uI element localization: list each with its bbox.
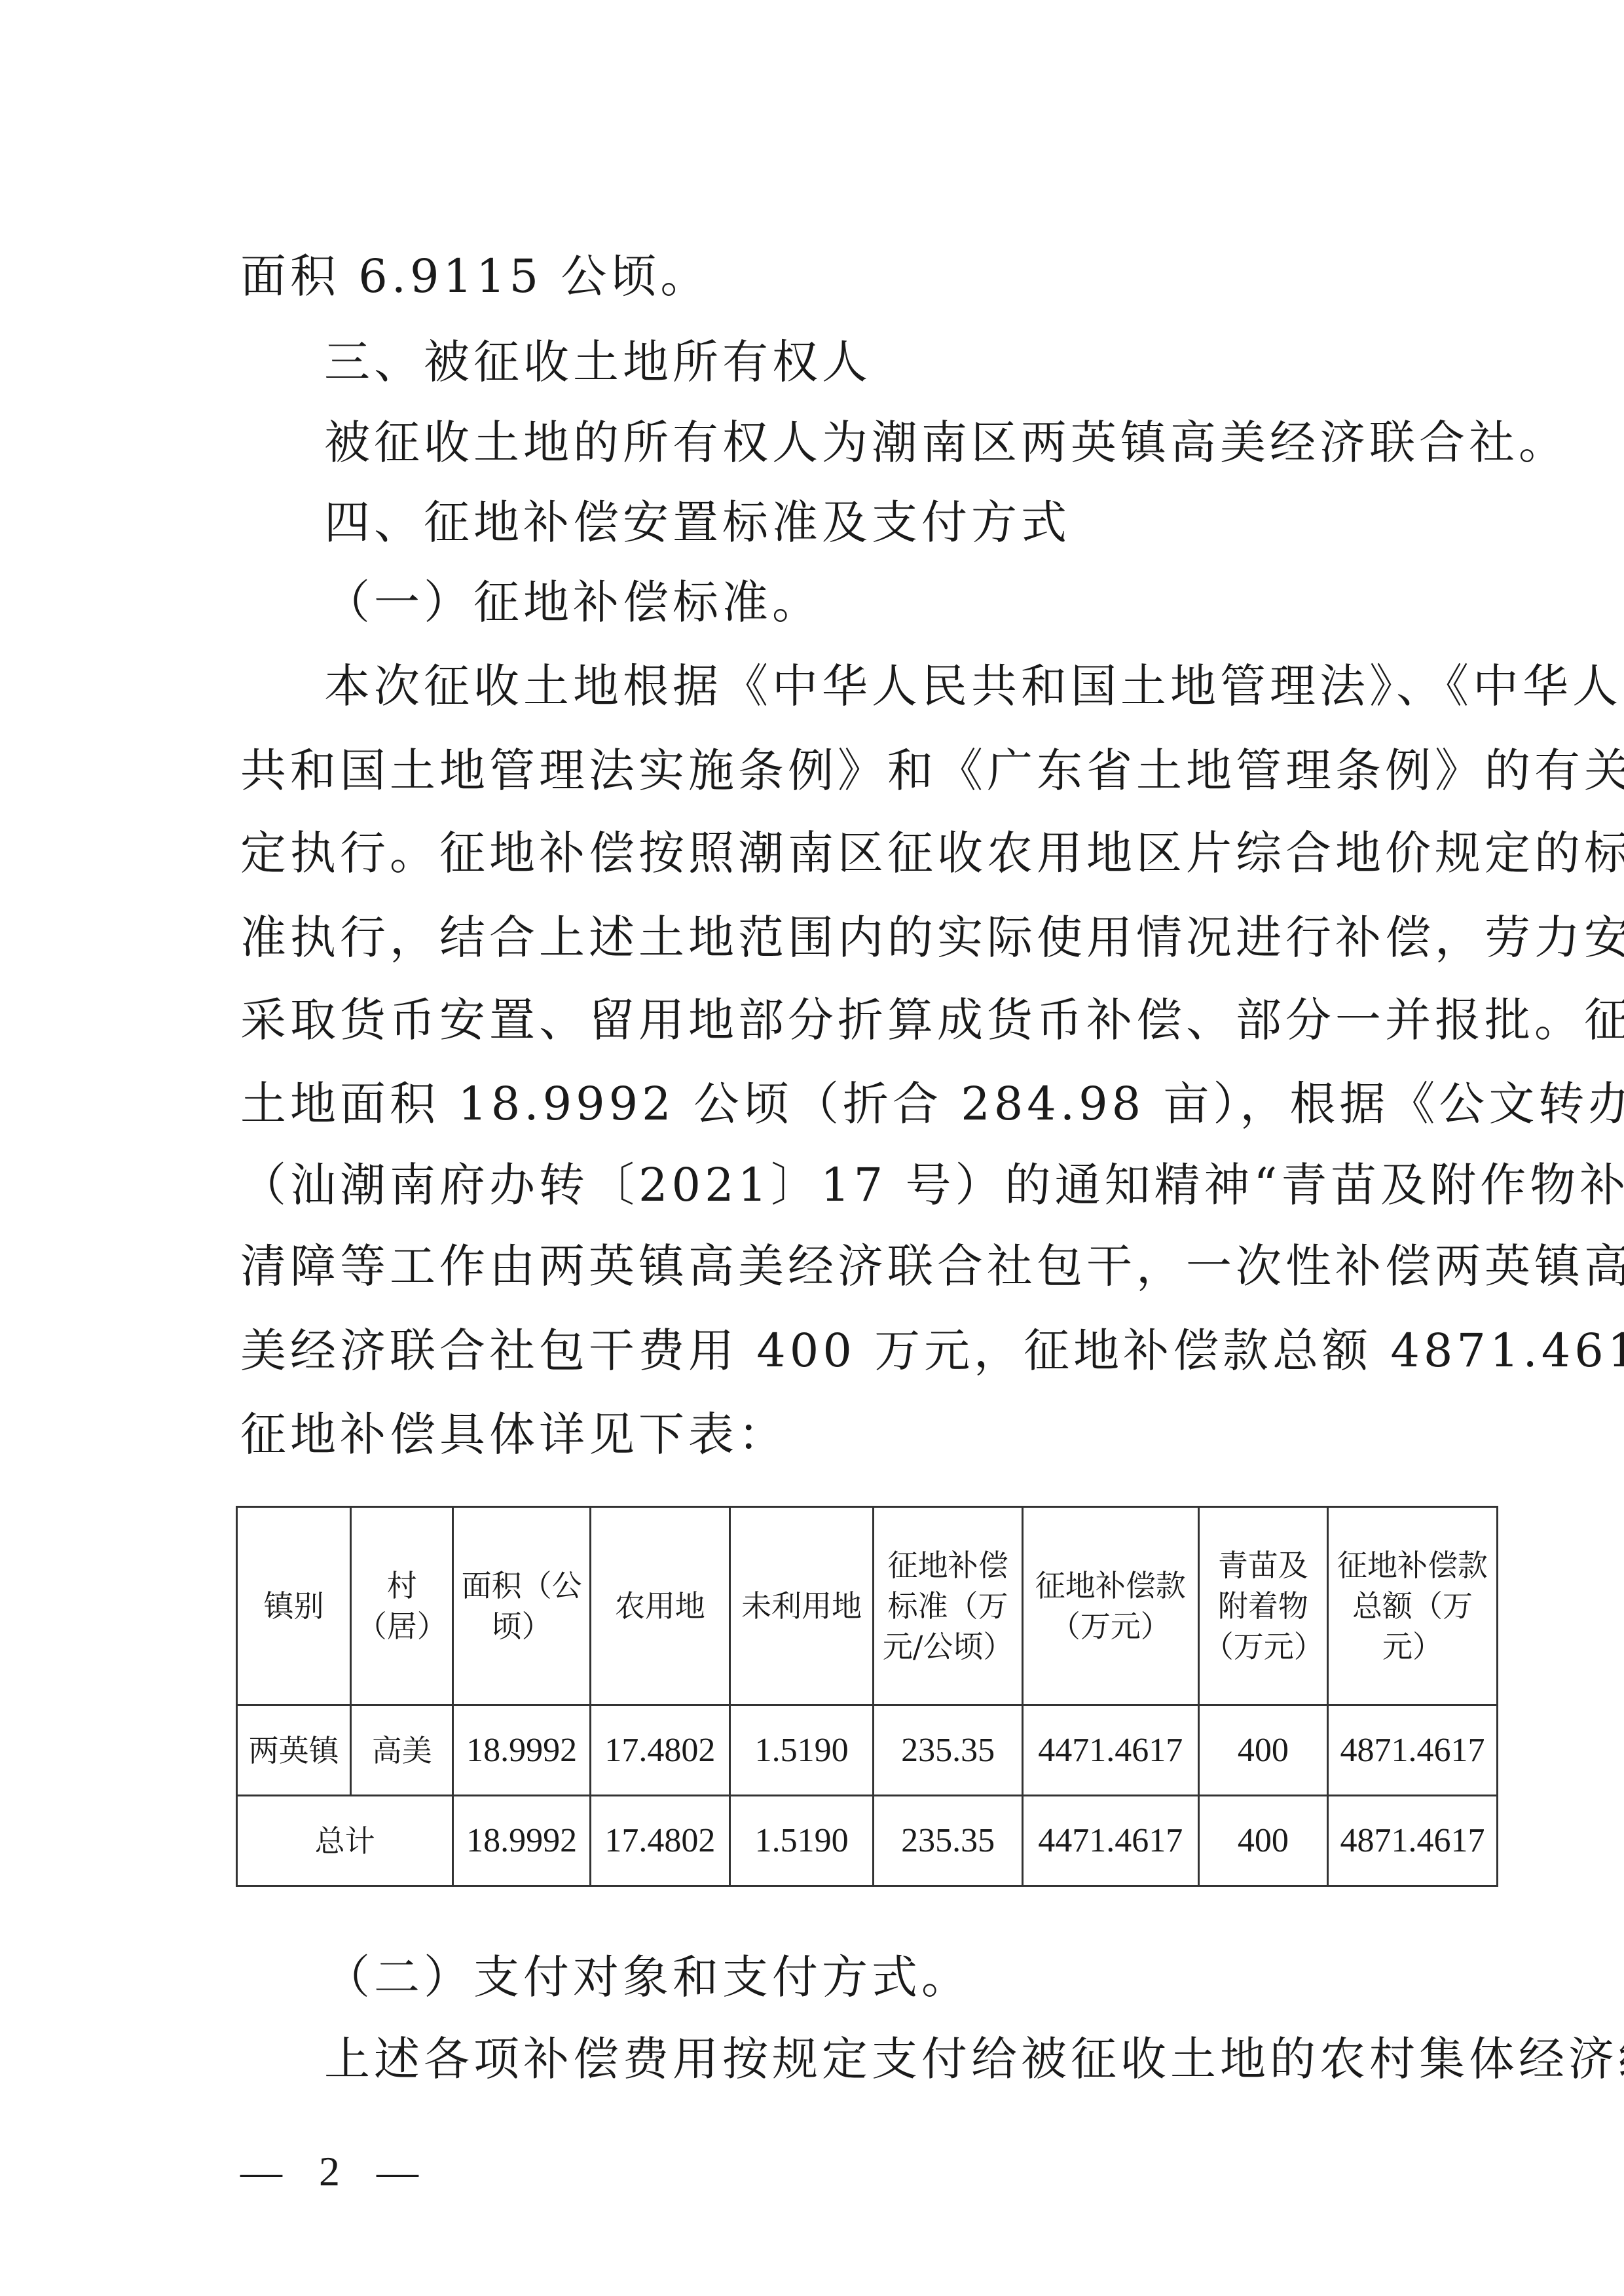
cell-compensation: 4471.4617 <box>1022 1796 1198 1886</box>
cell-village: 高美 <box>351 1705 453 1796</box>
header-compensation: 征地补偿款（万元） <box>1022 1507 1198 1705</box>
cell-unused: 1.5190 <box>729 1705 874 1796</box>
paragraph-line: 定执行。征地补偿按照潮南区征收农用地区片综合地价规定的标 <box>240 824 1471 883</box>
cell-unused: 1.5190 <box>729 1796 874 1886</box>
paragraph-line: 准执行，结合上述土地范围内的实际使用情况进行补偿，劳力安置 <box>240 908 1471 967</box>
header-farmland: 农用地 <box>591 1507 730 1705</box>
cell-town: 两英镇 <box>237 1705 351 1796</box>
cell-compensation: 4471.4617 <box>1022 1705 1198 1796</box>
header-unused-land: 未利用地 <box>729 1507 874 1705</box>
cell-area: 18.9992 <box>453 1705 591 1796</box>
paragraph-line: （汕潮南府办转〔2021〕17 号）的通知精神“青苗及附作物补偿、 <box>240 1156 1471 1214</box>
paragraph-line: 清障等工作由两英镇高美经济联合社包干，一次性补偿两英镇高 <box>240 1237 1471 1296</box>
header-total: 征地补偿款总额（万元） <box>1328 1507 1498 1705</box>
cell-standard: 235.35 <box>874 1796 1023 1886</box>
cell-crops: 400 <box>1198 1796 1327 1886</box>
paragraph-line: 土地面积 18.9992 公顷（折合 284.98 亩），根据《公文转办通知》 <box>240 1074 1471 1133</box>
cell-standard: 235.35 <box>874 1705 1023 1796</box>
cell-crops: 400 <box>1198 1705 1327 1796</box>
paragraph-line: 上述各项补偿费用按规定支付给被征收土地的农村集体经济组 <box>324 2030 1471 2088</box>
paragraph-line: 美经济联合社包干费用 400 万元，征地补偿款总额 4871.4617 万元。 <box>240 1321 1471 1380</box>
compensation-table: 镇别 村（居） 面积（公顷） 农用地 未利用地 征地补偿标准（万元/公顷） 征地… <box>236 1506 1498 1887</box>
header-area: 面积（公顷） <box>453 1507 591 1705</box>
cell-total: 4871.4617 <box>1328 1796 1498 1886</box>
table-row: 两英镇 高美 18.9992 17.4802 1.5190 235.35 447… <box>237 1705 1498 1796</box>
cell-total-label: 总计 <box>237 1796 453 1886</box>
page-number: — 2 — <box>240 2147 432 2196</box>
paragraph-line: 共和国土地管理法实施条例》和《广东省土地管理条例》的有关规 <box>240 741 1471 800</box>
subsection-heading-1: （一）征地补偿标准。 <box>324 573 1471 632</box>
header-standard: 征地补偿标准（万元/公顷） <box>874 1507 1023 1705</box>
cell-farmland: 17.4802 <box>591 1705 730 1796</box>
header-crops: 青苗及附着物（万元） <box>1198 1507 1327 1705</box>
paragraph-line: 征地补偿具体详见下表： <box>240 1405 1471 1464</box>
header-village: 村（居） <box>351 1507 453 1705</box>
cell-total: 4871.4617 <box>1328 1705 1498 1796</box>
section-heading-4: 四、征地补偿安置标准及支付方式 <box>324 493 1471 552</box>
section-heading-3: 三、被征收土地所有权人 <box>324 333 1471 392</box>
paragraph-line: 本次征收土地根据《中华人民共和国土地管理法》、《中华人民 <box>324 657 1471 716</box>
paragraph-line: 采取货币安置、留用地部分折算成货币补偿、部分一并报批。征收 <box>240 991 1471 1049</box>
header-town: 镇别 <box>237 1507 351 1705</box>
table-total-row: 总计 18.9992 17.4802 1.5190 235.35 4471.46… <box>237 1796 1498 1886</box>
table-header-row: 镇别 村（居） 面积（公顷） 农用地 未利用地 征地补偿标准（万元/公顷） 征地… <box>237 1507 1498 1705</box>
cell-farmland: 17.4802 <box>591 1796 730 1886</box>
cell-area: 18.9992 <box>453 1796 591 1886</box>
subsection-heading-2: （二）支付对象和支付方式。 <box>324 1948 1471 2007</box>
paragraph-line: 被征收土地的所有权人为潮南区两英镇高美经济联合社。 <box>324 413 1471 472</box>
paragraph-line: 面积 6.9115 公顷。 <box>240 247 1471 306</box>
